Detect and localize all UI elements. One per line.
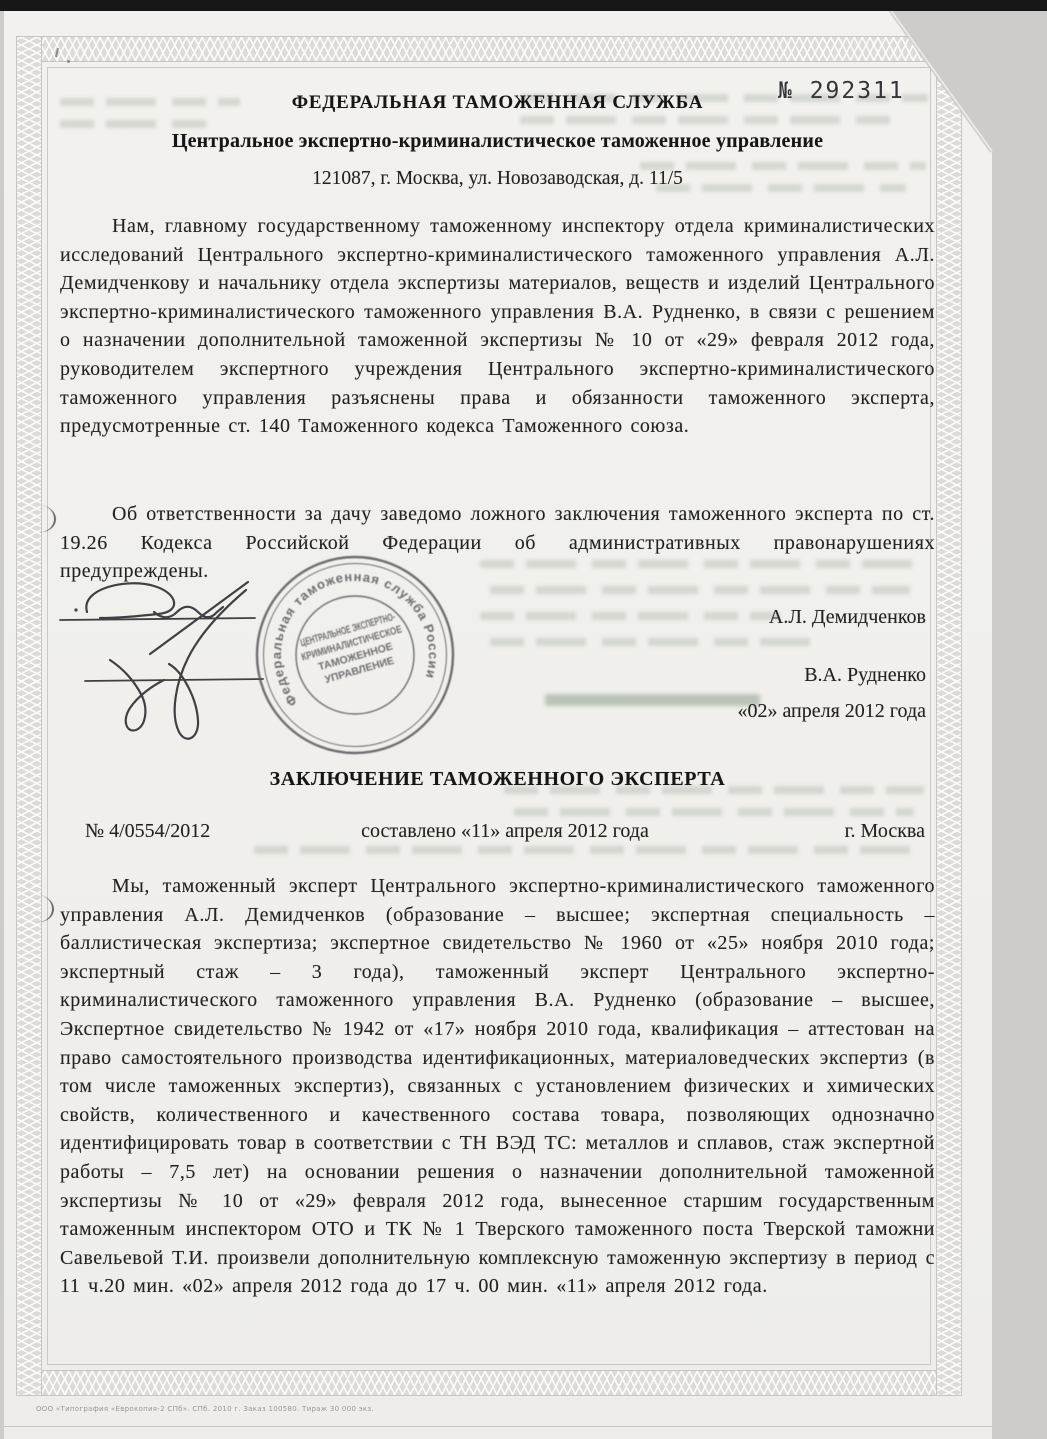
paper-crease-line [4, 1426, 992, 1427]
signature-date: «02» апреля 2012 года [564, 700, 926, 723]
signatory-name-demidchenkov: А.Л. Демидченков [564, 606, 926, 629]
border-band-right [936, 36, 962, 1396]
conclusion-city: г. Москва [845, 820, 925, 843]
paragraph-experts: Мы, таможенный эксперт Центрального эксп… [60, 872, 935, 1301]
conclusion-composed-date: составлено «11» апреля 2012 года [85, 820, 925, 843]
bleedthrough-line [254, 846, 914, 854]
bleedthrough-line [514, 808, 914, 816]
border-band-left [16, 36, 42, 1396]
border-band-bottom [16, 1370, 962, 1396]
official-round-stamp: Федеральная таможенная служба России ЦЕН… [252, 552, 458, 758]
bleedthrough-line [60, 120, 210, 128]
paragraph-appointment: Нам, главному государственному таможенно… [60, 212, 935, 441]
printshop-imprint: ООО «Типография «Еврокопия-2 СПб». СПб. … [36, 1405, 374, 1413]
header-address: 121087, г. Москва, ул. Новозаводская, д.… [60, 168, 935, 190]
bleedthrough-line [490, 586, 910, 594]
header-department-name: Центральное экспертно-криминалистическое… [60, 130, 935, 153]
paper-sheet: № 292311 ФЕДЕРАЛЬНАЯ ТАМОЖЕННАЯ СЛУЖБА Ц… [4, 8, 992, 1439]
bleedthrough-line [520, 116, 900, 124]
signatory-name-rudnenko: В.А. Рудненко [564, 664, 926, 687]
bleedthrough-line [490, 638, 820, 646]
scanner-dark-strip [0, 0, 1047, 11]
pen-dot-mark [67, 60, 70, 63]
border-band-top [16, 36, 962, 62]
header-service-name: ФЕДЕРАЛЬНАЯ ТАМОЖЕННАЯ СЛУЖБА [60, 92, 935, 114]
scanned-document: № 292311 ФЕДЕРАЛЬНАЯ ТАМОЖЕННАЯ СЛУЖБА Ц… [0, 0, 1047, 1439]
